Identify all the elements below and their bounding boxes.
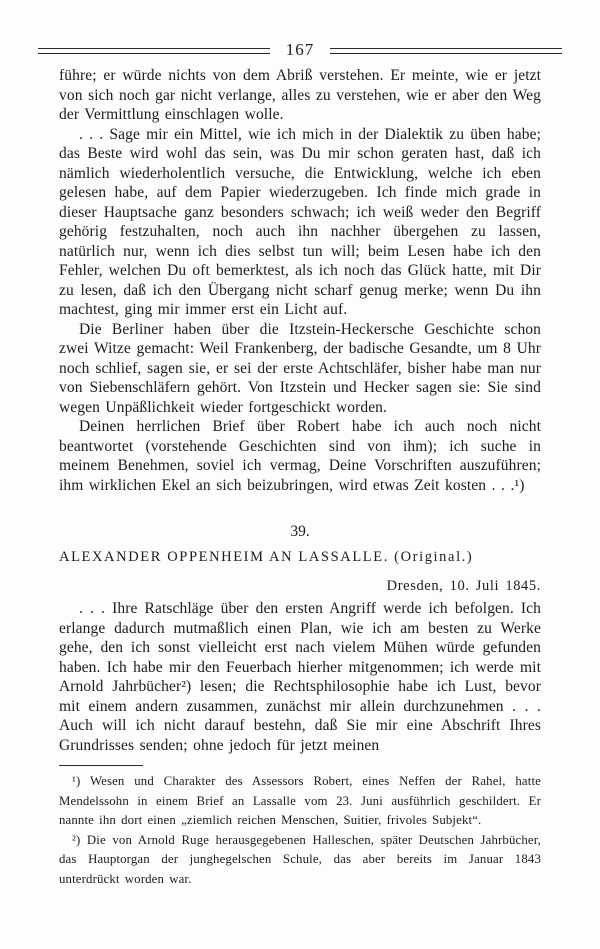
footnote-1: ¹) Wesen und Charakter des Assessors Rob…	[59, 772, 541, 831]
letter-heading: ALEXANDER OPPENHEIM AN LASSALLE. (Origin…	[59, 549, 541, 566]
footnote-separator-rule	[59, 765, 143, 766]
letter38-paragraph-robert: Deinen herrlichen Brief über Robert habe…	[59, 417, 541, 495]
letter38-paragraph-berliner: Die Berliner haben über die Itzstein-Hec…	[59, 320, 541, 418]
letter39-paragraph: . . . Ihre Ratschläge über den ersten An…	[59, 599, 541, 755]
dateline: Dresden, 10. Juli 1845.	[59, 578, 541, 595]
letter38-paragraph-continuation: führe; er würde nichts von dem Abriß ver…	[59, 66, 541, 125]
page-number: 167	[286, 41, 315, 58]
text-column: führe; er würde nichts von dem Abriß ver…	[59, 66, 541, 889]
letter-39-section: 39. ALEXANDER OPPENHEIM AN LASSALLE. (Or…	[59, 524, 541, 755]
running-head: 167	[38, 41, 562, 58]
footnote-block: ¹) Wesen und Charakter des Assessors Rob…	[59, 765, 541, 889]
book-page: 167 führe; er würde nichts von dem Abriß…	[0, 0, 600, 949]
header-rule-right	[330, 48, 562, 54]
letter38-paragraph-dialektik: . . . Sage mir ein Mittel, wie ich mich …	[59, 125, 541, 320]
letter-number: 39.	[59, 524, 541, 540]
header-rule-left	[38, 48, 270, 54]
footnote-2: ²) Die von Arnold Ruge herausgegebenen H…	[59, 831, 541, 890]
